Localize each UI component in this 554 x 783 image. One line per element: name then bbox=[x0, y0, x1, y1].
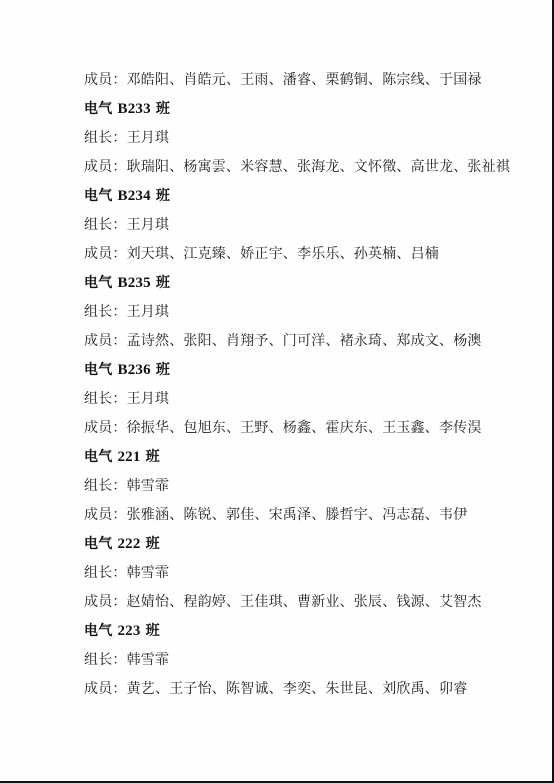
document-page: 成员：邓皓阳、肖皓元、王雨、潘睿、栗鹤铜、陈宗线、于国禄 电气 B233 班 组… bbox=[0, 0, 554, 783]
leader-line: 组长：韩雪霏 bbox=[84, 562, 484, 591]
class-prefix: 电气 bbox=[84, 362, 117, 378]
leader-line: 组长：王月琪 bbox=[84, 214, 484, 243]
leader-line: 组长：王月琪 bbox=[84, 301, 484, 330]
members-line: 成员：徐振华、包旭东、王野、杨鑫、霍庆东、王玉鑫、李传淏 bbox=[84, 417, 484, 446]
members-line: 成员：刘天琪、江克臻、娇正宇、李乐乐、孙英楠、吕楠 bbox=[84, 243, 484, 272]
class-suffix: 班 bbox=[141, 623, 160, 639]
members-line: 成员：邓皓阳、肖皓元、王雨、潘睿、栗鹤铜、陈宗线、于国禄 bbox=[84, 69, 484, 98]
class-code: B235 bbox=[117, 275, 150, 291]
class-suffix: 班 bbox=[151, 188, 170, 204]
members-line: 成员：赵婧怡、程韵婷、王佳琪、曹新业、张辰、钱源、艾智杰 bbox=[84, 591, 484, 620]
members-line: 成员：黄艺、王子怡、陈智诚、李奕、朱世昆、刘欣禹、卯睿 bbox=[84, 678, 484, 707]
class-prefix: 电气 bbox=[84, 623, 117, 639]
class-prefix: 电气 bbox=[84, 101, 117, 117]
class-prefix: 电气 bbox=[84, 536, 117, 552]
class-suffix: 班 bbox=[151, 275, 170, 291]
leader-line: 组长：韩雪霏 bbox=[84, 649, 484, 678]
leader-line: 组长：王月琪 bbox=[84, 127, 484, 156]
members-line: 成员：耿瑞阳、杨寓雲、米容慧、张海龙、文怀徵、高世龙、张祉祺 bbox=[84, 156, 484, 185]
class-suffix: 班 bbox=[151, 101, 170, 117]
members-line: 成员：张雅涵、陈锐、郭佳、宋禹泽、滕哲宇、冯志磊、韦伊 bbox=[84, 504, 484, 533]
document-content: 成员：邓皓阳、肖皓元、王雨、潘睿、栗鹤铜、陈宗线、于国禄 电气 B233 班 组… bbox=[84, 69, 484, 707]
class-heading: 电气 B236 班 bbox=[84, 359, 484, 388]
class-heading: 电气 B233 班 bbox=[84, 98, 484, 127]
class-code: 223 bbox=[117, 623, 140, 639]
class-code: 221 bbox=[117, 449, 140, 465]
leader-line: 组长：王月琪 bbox=[84, 388, 484, 417]
class-heading: 电气 222 班 bbox=[84, 533, 484, 562]
class-heading: 电气 B235 班 bbox=[84, 272, 484, 301]
class-suffix: 班 bbox=[141, 449, 160, 465]
class-prefix: 电气 bbox=[84, 449, 117, 465]
class-heading: 电气 221 班 bbox=[84, 446, 484, 475]
class-suffix: 班 bbox=[141, 536, 160, 552]
class-heading: 电气 223 班 bbox=[84, 620, 484, 649]
class-code: B236 bbox=[117, 362, 150, 378]
class-prefix: 电气 bbox=[84, 275, 117, 291]
class-heading: 电气 B234 班 bbox=[84, 185, 484, 214]
class-code: B233 bbox=[117, 101, 150, 117]
class-code: B234 bbox=[117, 188, 150, 204]
members-line: 成员：孟诗然、张阳、肖翔予、门可洋、褚永琦、郑成文、杨澳 bbox=[84, 330, 484, 359]
class-prefix: 电气 bbox=[84, 188, 117, 204]
leader-line: 组长：韩雪霏 bbox=[84, 475, 484, 504]
class-code: 222 bbox=[117, 536, 140, 552]
class-suffix: 班 bbox=[151, 362, 170, 378]
